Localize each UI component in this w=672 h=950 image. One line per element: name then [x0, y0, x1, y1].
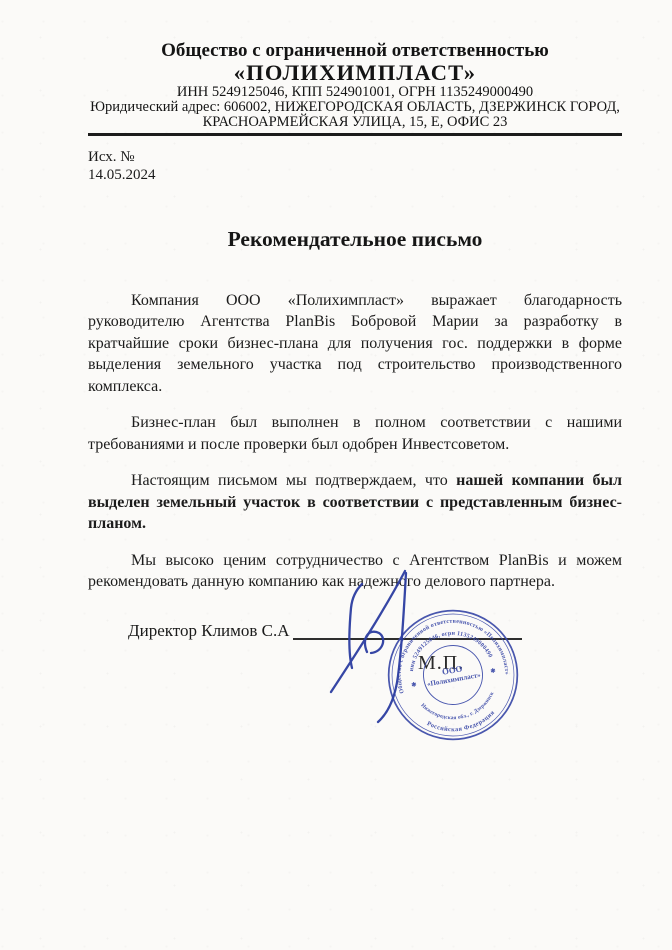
- paragraph-confirmation-regular: Настоящим письмом мы подтверждаем, что: [131, 472, 456, 489]
- org-type: Общество с ограниченной ответственностью: [88, 40, 622, 61]
- letter-body: Компания ООО «Полихимпласт» выражает бла…: [88, 290, 622, 593]
- org-name: «ПОЛИХИМПЛАСТ»: [88, 61, 622, 85]
- letterhead: Общество с ограниченной ответственностью…: [88, 40, 622, 136]
- letter-date: 14.05.2024: [88, 166, 622, 184]
- signature-stroke: [365, 632, 383, 653]
- signature-area: Директор Климов С.А М.П. Общество с огра…: [88, 585, 622, 795]
- org-address-line1: Юридический адрес: 606002, НИЖЕГОРОДСКАЯ…: [88, 100, 622, 115]
- letter-title: Рекомендательное письмо: [88, 226, 622, 252]
- org-registration: ИНН 5249125046, КПП 524901001, ОГРН 1135…: [88, 85, 622, 100]
- letterhead-divider: [88, 133, 622, 136]
- paragraph-gratitude: Компания ООО «Полихимпласт» выражает бла…: [88, 290, 622, 398]
- org-address-line2: КРАСНОАРМЕЙСКАЯ УЛИЦА, 15, Е, ОФИС 23: [88, 115, 622, 130]
- paragraph-confirmation: Настоящим письмом мы подтверждаем, что н…: [88, 470, 622, 535]
- paragraph-compliance: Бизнес-план был выполнен в полном соотве…: [88, 412, 622, 455]
- handwritten-signature: [320, 560, 450, 735]
- document-page: Общество с ограниченной ответственностью…: [0, 0, 672, 950]
- stamp-separator-right: ✱: [490, 667, 496, 675]
- outgoing-number-label: Исх. №: [88, 148, 622, 166]
- signer-name: Директор Климов С.А: [128, 621, 290, 641]
- reference-block: Исх. № 14.05.2024: [88, 148, 622, 184]
- signature-stroke: [331, 571, 405, 692]
